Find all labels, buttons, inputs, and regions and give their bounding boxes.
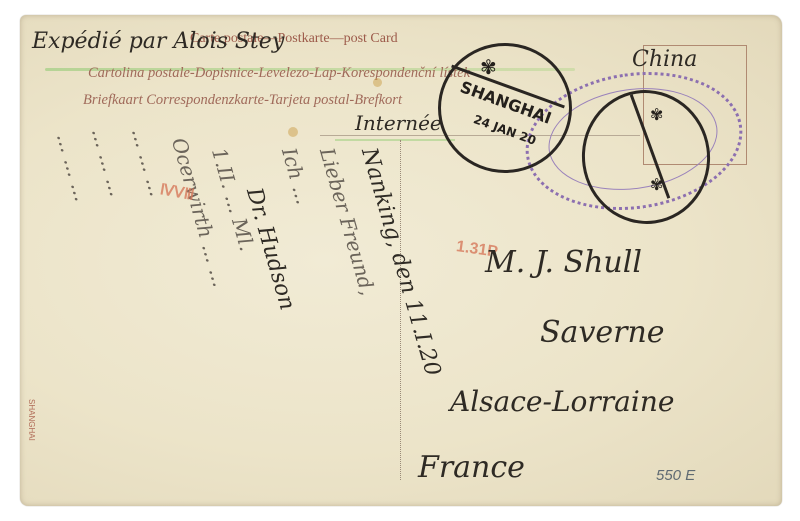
catalog-number: 550 E: [656, 467, 695, 484]
stain: [288, 127, 298, 137]
stain: [373, 78, 382, 87]
message-line-9: ... ... ...: [52, 130, 94, 204]
second-postmark-emblem-icon-2: ✾: [650, 175, 663, 194]
green-crayon-line-mid: [335, 139, 455, 141]
origin-note: China: [632, 47, 697, 72]
printed-header-line-2: Cartolina postale-Dopisnice-Levelezo-Lap…: [88, 65, 470, 82]
sender-note-line-2: Internée: [355, 111, 442, 135]
message-line-8: ... ... ...: [87, 125, 129, 199]
addressee-region: Alsace-Lorraine: [450, 385, 674, 418]
sender-note: Expédié par Alois Stey: [32, 29, 284, 54]
second-postmark-emblem-icon: ✾: [650, 105, 663, 124]
postcard: Carte postale—Postkarte—post Card Cartol…: [20, 15, 782, 506]
addressee-city: Saverne: [540, 315, 665, 350]
printed-header-line-3: Briefkaart Correspondenzkarte-Tarjeta po…: [83, 92, 402, 109]
message-line-3: Ich ...: [277, 145, 316, 207]
addressee-country: France: [418, 450, 525, 485]
postmark-emblem-icon: ✾: [480, 55, 497, 79]
addressee-name: M. J. Shull: [485, 245, 642, 280]
publisher-imprint: SHANGHAI: [27, 399, 36, 441]
